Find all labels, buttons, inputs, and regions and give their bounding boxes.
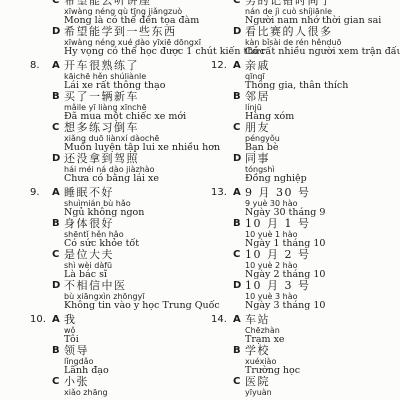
answer-option: D10 月 3 号10 yuè 3 hàoNgày 3 tháng 10: [211, 280, 393, 311]
option-texts: 医院yīyuàn: [245, 376, 393, 397]
answer-option: B学校xuéxiàoTrường học: [211, 345, 393, 376]
option-texts: 想多练习倒车xiǎng duō liànxí dàochēMuốn luyện …: [64, 122, 212, 153]
option-texts: 睡眠不好shuìmián bù hǎoNgủ không ngon: [64, 187, 212, 218]
answer-option: B买了一辆新车mǎile yī liàng xīnchēĐã mua một c…: [30, 91, 212, 122]
answer-option: D同事tóngshìĐồng nghiệp: [211, 153, 393, 184]
option-letter: C: [52, 0, 64, 7]
question-number: 13.: [211, 187, 233, 199]
option-chinese-text: 男的记错时间了: [245, 0, 393, 7]
answer-option: 13.A9 月 30 号9 yuè 30 hàoNgày 30 tháng 9: [211, 187, 393, 218]
option-texts: 还没拿到驾照hái méi ná dào jiàzhàoChưa có bằng…: [64, 153, 212, 184]
option-texts: 希望能学到一些东西xīwàng néng xué dào yīxiē dōngx…: [64, 26, 212, 57]
answer-option: C是位大夫shì wèi dàfūLà bác sĩ: [30, 249, 212, 280]
left-column: C希望能去听讲座xīwàng néng qù tīng jiǎngzuòMong…: [30, 0, 212, 400]
option-letter: C: [233, 0, 245, 7]
option-chinese-text: 朋友: [245, 122, 393, 134]
option-texts: 是位大夫shì wèi dàfūLà bác sĩ: [64, 249, 212, 280]
answer-option: D不相信中医bù xiāngxìn zhōngyīKhông tin vào y…: [30, 280, 212, 311]
option-vietnamese-text: Hy vọng có thể học được 1 chút kiến thức: [64, 47, 212, 57]
test-answer-sheet-page: C希望能去听讲座xīwàng néng qù tīng jiǎngzuòMong…: [0, 0, 400, 400]
option-texts: 开车很熟练了kāichē hěn shúliànleLái xe rất thô…: [64, 60, 212, 91]
option-texts: 10 月 3 号10 yuè 3 hàoNgày 3 tháng 10: [245, 280, 393, 311]
option-letter: C: [52, 122, 64, 134]
answer-option: C男的记错时间了nán de jì cuò shíjiānleNgười nam…: [211, 0, 393, 26]
answer-option: C想多练习倒车xiǎng duō liànxí dàochēMuốn luyện…: [30, 122, 212, 153]
question-block: 8.A开车很熟练了kāichē hěn shúliànleLái xe rất …: [30, 60, 212, 184]
option-chinese-text: 10 月 3 号: [245, 280, 393, 292]
answer-option: C朋友péngyǒuBạn bè: [211, 122, 393, 153]
option-vietnamese-text: Có rất nhiều người xem trận đấu: [245, 47, 393, 57]
option-letter: C: [52, 376, 64, 388]
option-letter: A: [52, 314, 64, 326]
option-chinese-text: 买了一辆新车: [64, 91, 212, 103]
option-letter: D: [52, 153, 64, 165]
option-chinese-text: 希望能去听讲座: [64, 0, 212, 7]
option-texts: 小张xiǎo zhāng: [64, 376, 212, 397]
option-chinese-text: 不相信中医: [64, 280, 212, 292]
option-letter: B: [52, 91, 64, 103]
option-letter: B: [233, 91, 245, 103]
answer-option: B身体很好shēntǐ hěn hǎoCó sức khỏe tốt: [30, 218, 212, 249]
option-letter: A: [52, 60, 64, 72]
option-texts: 邻居línjūHàng xóm: [245, 91, 393, 122]
option-letter: A: [233, 187, 245, 199]
option-chinese-text: 身体很好: [64, 218, 212, 230]
question-number: 10.: [30, 314, 52, 326]
option-texts: 亲戚qīnqīThông gia, thân thích: [245, 60, 393, 91]
option-pinyin-text: wǒ: [64, 326, 212, 335]
option-chinese-text: 希望能学到一些东西: [64, 26, 212, 38]
option-letter: D: [52, 26, 64, 38]
option-chinese-text: 睡眠不好: [64, 187, 212, 199]
question-block: 9.A睡眠不好shuìmián bù hǎoNgủ không ngonB身体很…: [30, 187, 212, 311]
option-letter: C: [233, 122, 245, 134]
option-texts: 我wǒTôi: [64, 314, 212, 345]
answer-option: 9.A睡眠不好shuìmián bù hǎoNgủ không ngon: [30, 187, 212, 218]
option-chinese-text: 我: [64, 314, 212, 326]
option-texts: 男的记错时间了nán de jì cuò shíjiānleNgười nam …: [245, 0, 393, 26]
option-texts: 10 月 1 号10 yuè 1 hàoNgày 1 tháng 10: [245, 218, 393, 249]
question-number: 12.: [211, 60, 233, 72]
option-texts: 9 月 30 号9 yuè 30 hàoNgày 30 tháng 9: [245, 187, 393, 218]
option-letter: B: [52, 218, 64, 230]
answer-option: 12.A亲戚qīnqīThông gia, thân thích: [211, 60, 393, 91]
option-chinese-text: 看比赛的人很多: [245, 26, 393, 38]
option-chinese-text: 开车很熟练了: [64, 60, 212, 72]
answer-option: D看比赛的人很多kàn bǐsài de rén hěnduōCó rất nh…: [211, 26, 393, 57]
option-texts: 10 月 2 号10 yuè 2 hàoNgày 2 tháng 10: [245, 249, 393, 280]
option-letter: B: [52, 345, 64, 357]
option-texts: 买了一辆新车mǎile yī liàng xīnchēĐã mua một ch…: [64, 91, 212, 122]
question-block: 12.A亲戚qīnqīThông gia, thân thíchB邻居línjū…: [211, 60, 393, 184]
right-column: C男的记错时间了nán de jì cuò shíjiānleNgười nam…: [211, 0, 393, 400]
answer-option: B邻居línjūHàng xóm: [211, 91, 393, 122]
option-texts: 学校xuéxiàoTrường học: [245, 345, 393, 376]
option-letter: A: [233, 314, 245, 326]
option-chinese-text: 想多练习倒车: [64, 122, 212, 134]
option-chinese-text: 学校: [245, 345, 393, 357]
option-letter: A: [52, 187, 64, 199]
option-chinese-text: 是位大夫: [64, 249, 212, 261]
question-block: C男的记错时间了nán de jì cuò shíjiānleNgười nam…: [211, 0, 393, 57]
answer-option: D还没拿到驾照hái méi ná dào jiàzhàoChưa có bằn…: [30, 153, 212, 184]
option-texts: 身体很好shēntǐ hěn hǎoCó sức khỏe tốt: [64, 218, 212, 249]
option-texts: 不相信中医bù xiāngxìn zhōngyīKhông tin vào y …: [64, 280, 212, 311]
option-letter: D: [233, 153, 245, 165]
option-letter: C: [233, 249, 245, 261]
option-vietnamese-text: Đồng nghiệp: [245, 174, 393, 184]
option-chinese-text: 还没拿到驾照: [64, 153, 212, 165]
question-block: C希望能去听讲座xīwàng néng qù tīng jiǎngzuòMong…: [30, 0, 212, 57]
option-pinyin-text: yīyuàn: [245, 388, 393, 397]
option-letter: D: [233, 26, 245, 38]
option-texts: 希望能去听讲座xīwàng néng qù tīng jiǎngzuòMong …: [64, 0, 212, 26]
answer-option: B10 月 1 号10 yuè 1 hàoNgày 1 tháng 10: [211, 218, 393, 249]
option-chinese-text: 9 月 30 号: [245, 187, 393, 199]
answer-option: C10 月 2 号10 yuè 2 hàoNgày 2 tháng 10: [211, 249, 393, 280]
option-chinese-text: 车站: [245, 314, 393, 326]
option-letter: A: [233, 60, 245, 72]
option-pinyin-text: xiǎo zhāng: [64, 388, 212, 397]
option-chinese-text: 邻居: [245, 91, 393, 103]
option-chinese-text: 10 月 1 号: [245, 218, 393, 230]
option-texts: 领导lǐngdǎoLãnh đạo: [64, 345, 212, 376]
answer-option: C医院yīyuàn: [211, 376, 393, 397]
question-number: 14.: [211, 314, 233, 326]
option-texts: 同事tóngshìĐồng nghiệp: [245, 153, 393, 184]
option-letter: C: [52, 249, 64, 261]
answer-option: D希望能学到一些东西xīwàng néng xué dào yīxiē dōng…: [30, 26, 212, 57]
option-letter: B: [233, 345, 245, 357]
option-chinese-text: 同事: [245, 153, 393, 165]
option-chinese-text: 医院: [245, 376, 393, 388]
answer-option: 14.A车站ChēzhànTrạm xe: [211, 314, 393, 345]
option-texts: 车站ChēzhànTrạm xe: [245, 314, 393, 345]
option-letter: C: [233, 376, 245, 388]
option-texts: 看比赛的人很多kàn bǐsài de rén hěnduōCó rất nhi…: [245, 26, 393, 57]
answer-option: B领导lǐngdǎoLãnh đạo: [30, 345, 212, 376]
question-block: 10.A我wǒTôiB领导lǐngdǎoLãnh đạoC小张xiǎo zhān…: [30, 314, 212, 397]
option-vietnamese-text: Ngày 3 tháng 10: [245, 301, 393, 311]
question-number: 8.: [30, 60, 52, 72]
option-texts: 朋友péngyǒuBạn bè: [245, 122, 393, 153]
option-letter: D: [52, 280, 64, 292]
answer-option: C小张xiǎo zhāng: [30, 376, 212, 397]
option-chinese-text: 亲戚: [245, 60, 393, 72]
option-chinese-text: 10 月 2 号: [245, 249, 393, 261]
question-number: 9.: [30, 187, 52, 199]
option-letter: B: [233, 218, 245, 230]
question-block: 14.A车站ChēzhànTrạm xeB学校xuéxiàoTrường học…: [211, 314, 393, 397]
option-chinese-text: 领导: [64, 345, 212, 357]
option-vietnamese-text: Chưa có bằng lái xe: [64, 174, 212, 184]
scanned-document: { "page": { "background": "#fcfcfb", "te…: [0, 0, 400, 400]
question-block: 13.A9 月 30 号9 yuè 30 hàoNgày 30 tháng 9B…: [211, 187, 393, 311]
answer-option: 10.A我wǒTôi: [30, 314, 212, 345]
option-chinese-text: 小张: [64, 376, 212, 388]
option-letter: D: [233, 280, 245, 292]
option-vietnamese-text: Không tin vào y học Trung Quốc: [64, 301, 212, 311]
answer-option: C希望能去听讲座xīwàng néng qù tīng jiǎngzuòMong…: [30, 0, 212, 26]
answer-option: 8.A开车很熟练了kāichē hěn shúliànleLái xe rất …: [30, 60, 212, 91]
